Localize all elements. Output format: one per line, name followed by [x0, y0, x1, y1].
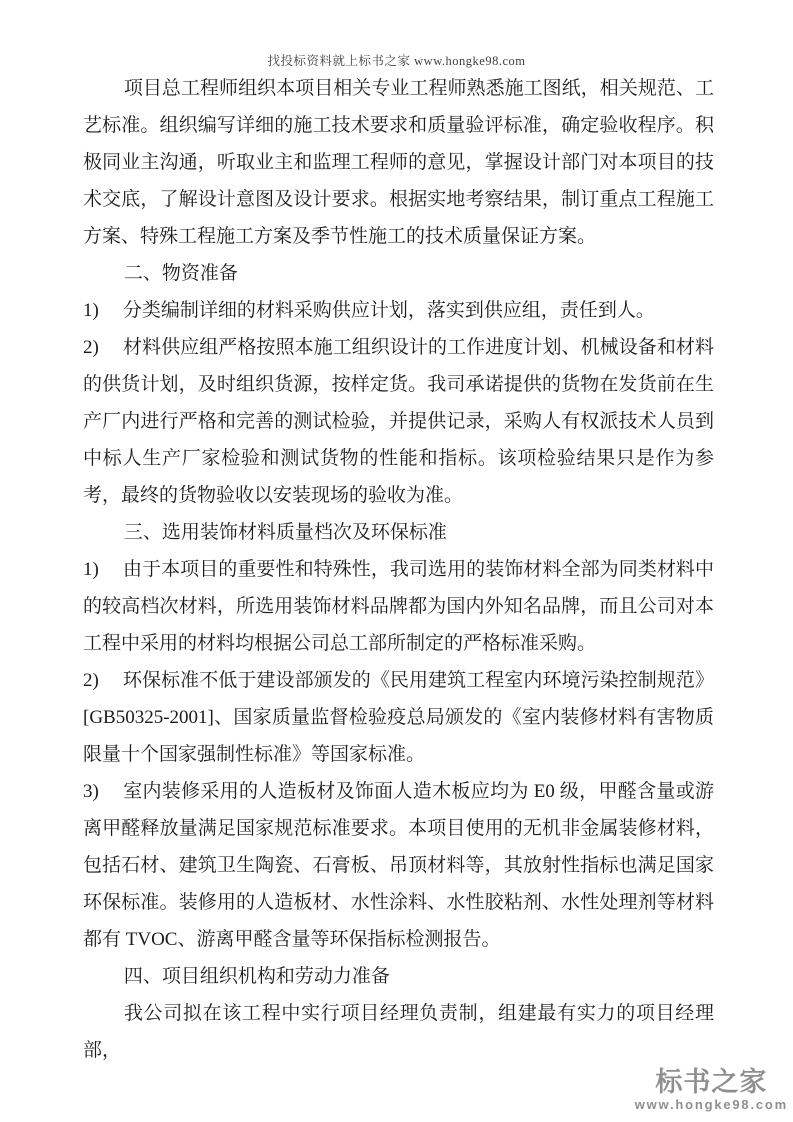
list-number: 1)	[83, 292, 123, 329]
numbered-item: 1)分类编制详细的材料采购供应计划，落实到供应组，责任到人。	[83, 292, 714, 329]
list-number: 2)	[83, 329, 123, 366]
site-watermark-logo: 标书之家 www.hongke98.com	[635, 1068, 788, 1113]
paragraph: 项目总工程师组织本项目相关专业工程师熟悉施工图纸，相关规范、工艺标准。组织编写详…	[83, 70, 714, 255]
section-heading: 四、项目组织机构和劳动力准备	[83, 958, 714, 995]
list-number: 1)	[83, 551, 123, 588]
watermark-logo-title: 标书之家	[655, 1068, 767, 1096]
numbered-item: 2)材料供应组严格按照本施工组织设计的工作进度计划、机械设备和材料的供货计划，及…	[83, 329, 714, 514]
section-heading: 三、选用装饰材料质量档次及环保标准	[83, 514, 714, 551]
watermark-logo-url: www.hongke98.com	[635, 1097, 788, 1113]
numbered-item: 3)室内装修采用的人造板材及饰面人造木板应均为 E0 级，甲醛含量或游离甲醛释放…	[83, 773, 714, 958]
list-number: 3)	[83, 773, 123, 810]
document-body: 项目总工程师组织本项目相关专业工程师熟悉施工图纸，相关规范、工艺标准。组织编写详…	[83, 70, 714, 1069]
numbered-item: 2)环保标准不低于建设部颁发的《民用建筑工程室内环境污染控制规范》[GB5032…	[83, 662, 714, 773]
list-number: 2)	[83, 662, 123, 699]
paragraph: 我公司拟在该工程中实行项目经理负责制，组建最有实力的项目经理部，	[83, 995, 714, 1069]
header-watermark: 找投标资料就上标书之家 www.hongke98.com	[0, 51, 793, 69]
document-page: 找投标资料就上标书之家 www.hongke98.com 项目总工程师组织本项目…	[0, 0, 793, 1122]
section-heading: 二、物资准备	[83, 255, 714, 292]
numbered-item: 1)由于本项目的重要性和特殊性，我司选用的装饰材料全部为同类材料中的较高档次材料…	[83, 551, 714, 662]
